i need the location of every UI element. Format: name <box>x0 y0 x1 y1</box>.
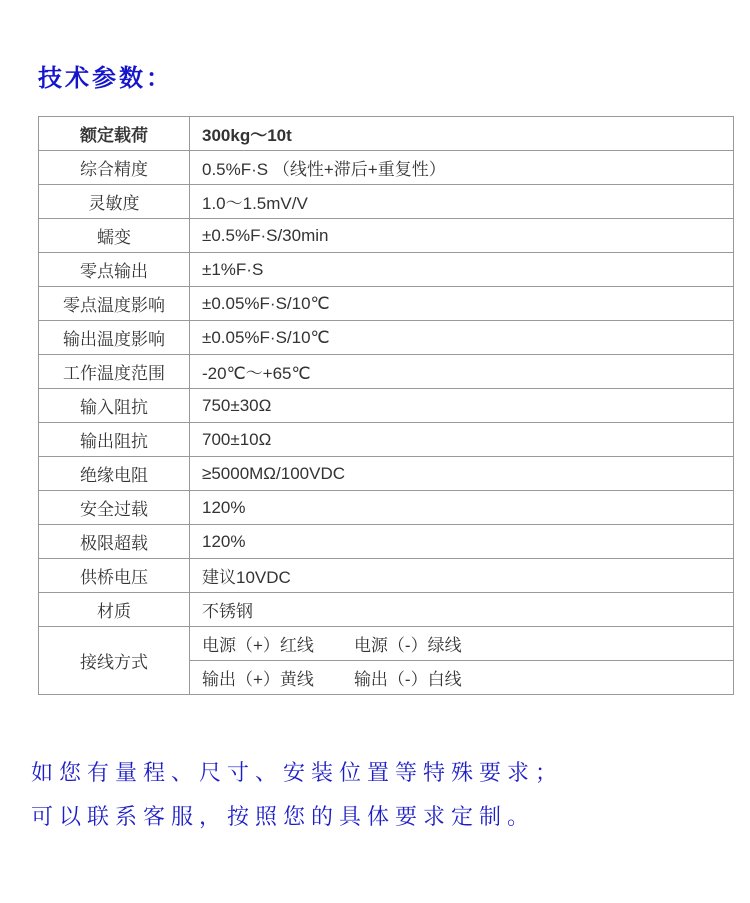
spec-label: 额定载荷 <box>39 117 190 151</box>
table-row: 绝缘电阻 ≥5000MΩ/100VDC <box>39 457 734 491</box>
spec-label: 输出阻抗 <box>39 423 190 457</box>
spec-table: 额定载荷 300kg～10t 综合精度 0.5%F·S （线性+滞后+重复性） … <box>38 116 734 695</box>
table-row: 输出阻抗 700±10Ω <box>39 423 734 457</box>
spec-value: -20℃～+65℃ <box>190 355 734 389</box>
spec-label: 极限超载 <box>39 525 190 559</box>
wiring-output-positive: 输出（+）黄线 <box>202 670 314 689</box>
table-row: 灵敏度 1.0～1.5mV/V <box>39 185 734 219</box>
table-row: 输出温度影响 ±0.05%F·S/10℃ <box>39 321 734 355</box>
table-row: 综合精度 0.5%F·S （线性+滞后+重复性） <box>39 151 734 185</box>
spec-label: 材质 <box>39 593 190 627</box>
table-row: 额定载荷 300kg～10t <box>39 117 734 151</box>
spec-label: 综合精度 <box>39 151 190 185</box>
spec-label: 蠕变 <box>39 219 190 253</box>
spec-value: 120% <box>190 525 734 559</box>
spec-value: ±0.05%F·S/10℃ <box>190 321 734 355</box>
spec-label: 绝缘电阻 <box>39 457 190 491</box>
custom-order-note: 如您有量程、尺寸、安装位置等特殊要求； 可以联系客服，按照您的具体要求定制。 <box>31 752 563 840</box>
spec-value: 1.0～1.5mV/V <box>190 185 734 219</box>
spec-value: ≥5000MΩ/100VDC <box>190 457 734 491</box>
spec-value: 0.5%F·S （线性+滞后+重复性） <box>190 151 734 185</box>
table-row: 极限超载 120% <box>39 525 734 559</box>
table-row: 零点输出 ±1%F·S <box>39 253 734 287</box>
spec-label: 供桥电压 <box>39 559 190 593</box>
spec-value: ±0.5%F·S/30min <box>190 219 734 253</box>
spec-value-wiring-output: 输出（+）黄线输出（-）白线 <box>190 661 734 695</box>
spec-label: 安全过载 <box>39 491 190 525</box>
spec-value: ±1%F·S <box>190 253 734 287</box>
table-row: 输入阻抗 750±30Ω <box>39 389 734 423</box>
spec-value: 300kg～10t <box>190 117 734 151</box>
wiring-power-positive: 电源（+）红线 <box>202 636 314 655</box>
spec-value: 750±30Ω <box>190 389 734 423</box>
page-title: 技术参数： <box>38 58 173 93</box>
table-row: 零点温度影响 ±0.05%F·S/10℃ <box>39 287 734 321</box>
spec-value: ±0.05%F·S/10℃ <box>190 287 734 321</box>
table-row: 安全过载 120% <box>39 491 734 525</box>
spec-value: 120% <box>190 491 734 525</box>
spec-value: 建议10VDC <box>190 559 734 593</box>
table-row-wiring: 接线方式 电源（+）红线电源（-）绿线 <box>39 627 734 661</box>
table-row: 供桥电压 建议10VDC <box>39 559 734 593</box>
spec-label: 灵敏度 <box>39 185 190 219</box>
note-line-2: 可以联系客服，按照您的具体要求定制。 <box>31 796 563 840</box>
spec-label: 零点输出 <box>39 253 190 287</box>
spec-value: 700±10Ω <box>190 423 734 457</box>
note-line-1: 如您有量程、尺寸、安装位置等特殊要求； <box>31 752 563 796</box>
wiring-output-negative: 输出（-）白线 <box>354 670 462 689</box>
spec-value: 不锈钢 <box>190 593 734 627</box>
spec-label: 输出温度影响 <box>39 321 190 355</box>
wiring-power-negative: 电源（-）绿线 <box>354 636 462 655</box>
spec-value-wiring-power: 电源（+）红线电源（-）绿线 <box>190 627 734 661</box>
table-row: 工作温度范围 -20℃～+65℃ <box>39 355 734 389</box>
spec-label: 输入阻抗 <box>39 389 190 423</box>
table-row: 材质 不锈钢 <box>39 593 734 627</box>
table-row: 蠕变 ±0.5%F·S/30min <box>39 219 734 253</box>
product-spec-page: 技术参数： 额定载荷 300kg～10t 综合精度 0.5%F·S （线性+滞后… <box>0 0 750 903</box>
spec-label: 工作温度范围 <box>39 355 190 389</box>
spec-label: 接线方式 <box>39 627 190 695</box>
spec-label: 零点温度影响 <box>39 287 190 321</box>
